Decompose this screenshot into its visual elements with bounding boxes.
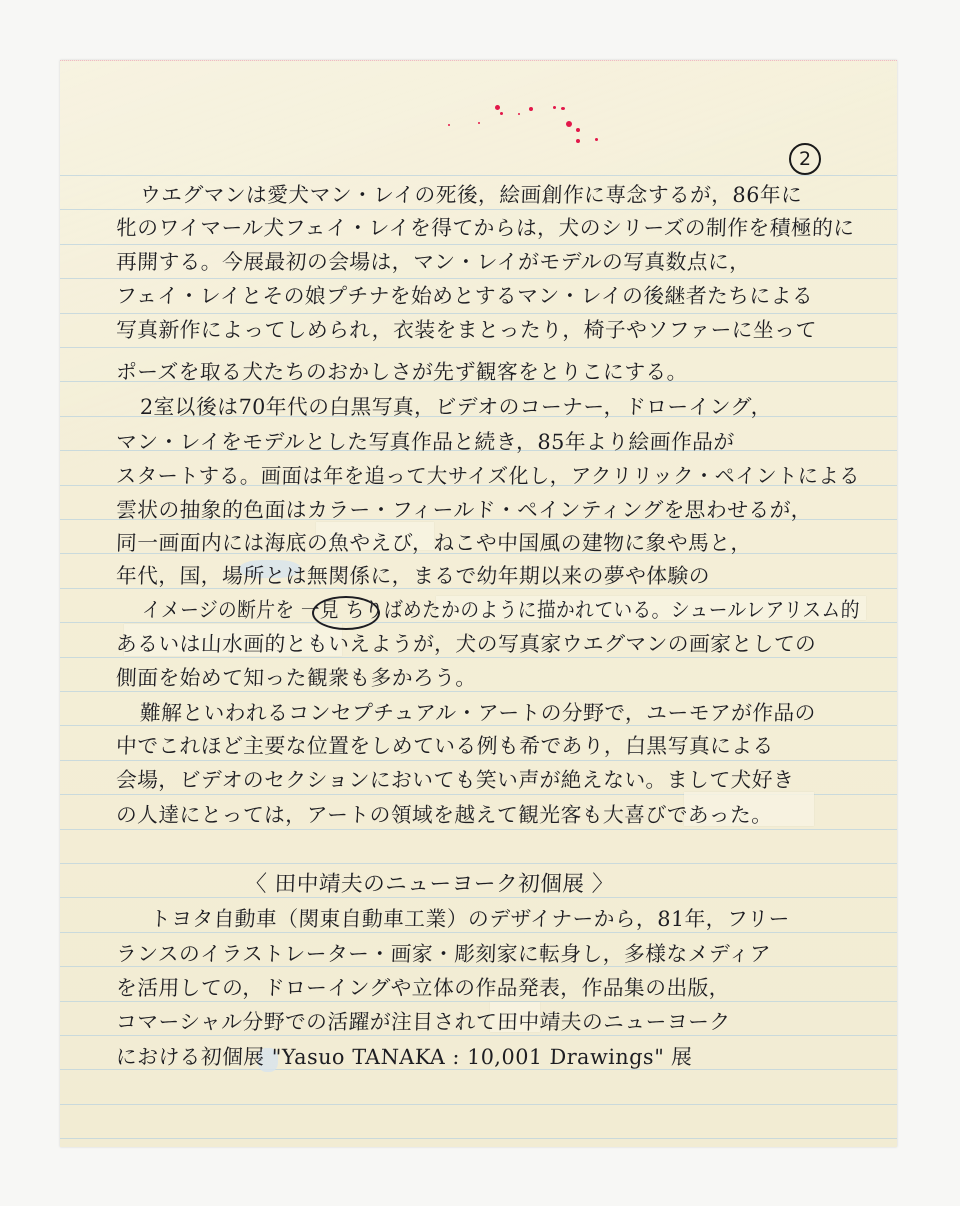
ruled-line: [60, 209, 897, 210]
text-line: の人達にとっては，アートの領域を越えて観光客も大喜びであった。: [116, 802, 861, 828]
ruled-line: [60, 347, 897, 348]
ruled-line: [60, 313, 897, 314]
text-line: ポーズを取る犬たちのおかしさが先ず観客をとりこにする。: [116, 359, 861, 385]
text-line: コマーシャル分野での活躍が注目されて田中靖夫のニューヨーク: [116, 1009, 861, 1035]
ruled-line: [60, 1035, 897, 1036]
ruled-line: [60, 175, 897, 176]
ruled-line: [60, 1104, 897, 1105]
ruled-line: [60, 657, 897, 658]
ruled-line: [60, 863, 897, 864]
text-line: 写真新作によってしめられ，衣装をまとったり，椅子やソファーに坐って: [116, 317, 861, 343]
text-line: を活用しての，ドローイングや立体の作品発表，作品集の出版，: [116, 975, 861, 1001]
text-line: 会場，ビデオのセクションにおいても笑い声が絶えない。まして犬好き: [116, 767, 861, 793]
ruled-line: [60, 691, 897, 692]
ruled-line: [60, 244, 897, 245]
text-line: あるいは山水画的ともいえようが，犬の写真家ウエグマンの画家としての: [116, 631, 861, 657]
text-line: 同一画面内には海底の魚やえび，ねこや中国風の建物に象や馬と，: [116, 530, 861, 556]
text-line: 2室以後は70年代の白黒写真，ビデオのコーナー，ドローイング，: [140, 394, 861, 420]
text-line: 難解といわれるコンセプチュアル・アートの分野で，ユーモアが作品の: [140, 700, 861, 726]
ruled-line: [60, 760, 897, 761]
text-line: 側面を始めて知った観衆も多かろう。: [116, 665, 861, 691]
text-line: における初個展 "Yasuo TANAKA : 10,001 Drawings"…: [116, 1044, 861, 1070]
ruled-line: [60, 829, 897, 830]
ruled-line: [60, 278, 897, 279]
text-line: 再開する。今展最初の会場は，マン・レイがモデルの写真数点に，: [116, 249, 861, 275]
text-line: トヨタ自動車（関東自動車工業）のデザイナーから，81年，フリー: [150, 906, 861, 932]
text-line: スタートする。画面は年を追って大サイズ化し，アクリリック・ペイントによる: [116, 463, 845, 489]
text-line: ランスのイラストレーター・画家・彫刻家に転身し，多様なメディア: [116, 941, 861, 967]
text-line: 年代，国，場所とは無関係に，まるで幼年期以来の夢や体験の: [116, 563, 861, 589]
red-ink-spots: [440, 90, 620, 150]
section-title: 〈 田中靖夫のニューヨーク初個展 〉: [245, 872, 861, 898]
text-line: フェイ・レイとその娘プチナを始めとするマン・レイの後継者たちによる: [116, 283, 861, 309]
text-line: 中でこれほど主要な位置をしめている例も希であり，白黒写真による: [116, 733, 861, 759]
text-line: ウエグマンは愛犬マン・レイの死後，絵画創作に専念するが，86年に: [140, 182, 861, 208]
text-line: マン・レイをモデルとした写真作品と続き，85年より絵画作品が: [116, 429, 861, 455]
text-line: 牝のワイマール犬フェイ・レイを得てからは，犬のシリーズの制作を積極的に: [116, 215, 861, 241]
ruled-line: [60, 932, 897, 933]
ruled-line: [60, 1138, 897, 1139]
text-line: イメージの断片を 一見 ちりばめたかのように描かれている。シュールレアリスム的: [142, 597, 791, 623]
text-line: 雲状の抽象的色面はカラー・フィールド・ペインティングを思わせるが，: [116, 497, 861, 523]
page-number: 2: [789, 143, 821, 175]
ruled-line: [60, 1001, 897, 1002]
